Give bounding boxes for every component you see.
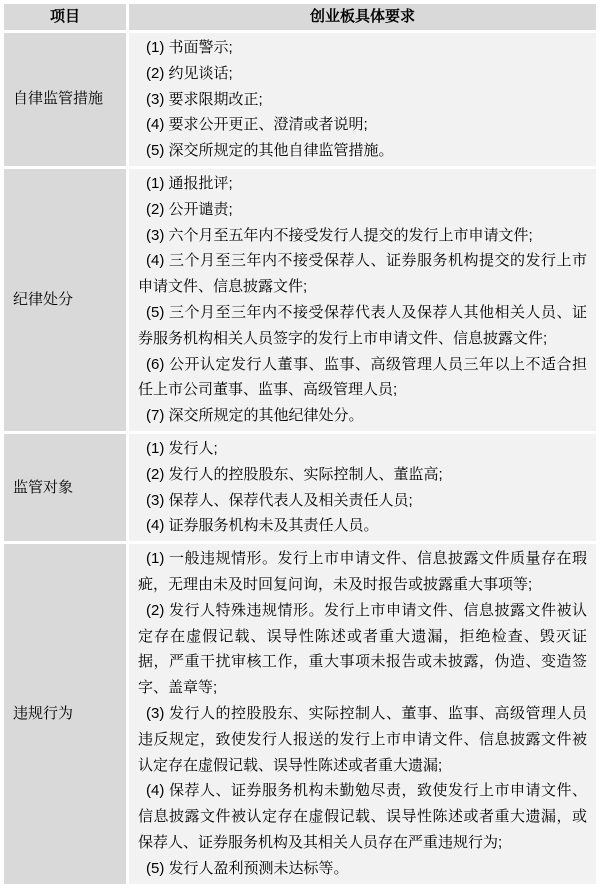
list-item: (3) 发行人的控股股东、实际控制人、董事、监事、高级管理人员违反规定，致使发行… xyxy=(138,701,587,778)
table-row-violations: 违规行为 (1) 一般违规情形。发行上市申请文件、信息披露文件质量存在瑕疵，无理… xyxy=(4,544,596,883)
row-label-disciplinary-actions: 纪律处分 xyxy=(4,169,126,431)
table-row-self-regulatory-measures: 自律监管措施 (1) 书面警示; (2) 约见谈话; (3) 要求限期改正; (… xyxy=(4,33,596,166)
row-content-disciplinary-actions: (1) 通报批评; (2) 公开谴责; (3) 六个月至五年内不接受发行人提交的… xyxy=(129,169,596,431)
list-item: (2) 发行人特殊违规情形。发行上市申请文件、信息披露文件被认定存在虚假记载、误… xyxy=(138,598,587,701)
requirements-table: 项目 创业板具体要求 自律监管措施 (1) 书面警示; (2) 约见谈话; (3… xyxy=(1,1,599,887)
list-item: (3) 六个月至五年内不接受发行人提交的发行上市申请文件; xyxy=(138,223,587,249)
list-item: (4) 保荐人、证券服务机构未勤勉尽责，致使发行上市申请文件、信息披露文件被认定… xyxy=(138,778,587,855)
row-content-violations: (1) 一般违规情形。发行上市申请文件、信息披露文件质量存在瑕疵，无理由未及时回… xyxy=(129,544,596,883)
header-cell-item: 项目 xyxy=(4,4,126,30)
table-row-disciplinary-actions: 纪律处分 (1) 通报批评; (2) 公开谴责; (3) 六个月至五年内不接受发… xyxy=(4,169,596,431)
list-item: (5) 深交所规定的其他自律监管措施。 xyxy=(138,138,587,164)
list-item: (5) 发行人盈利预测未达标等。 xyxy=(138,856,587,882)
list-item: (1) 发行人; xyxy=(138,436,587,462)
row-label-self-regulatory-measures: 自律监管措施 xyxy=(4,33,126,166)
list-item: (3) 保荐人、保荐代表人及相关责任人员; xyxy=(138,488,587,514)
list-item: (7) 深交所规定的其他纪律处分。 xyxy=(138,403,587,429)
list-item: (4) 证券服务机构未及其责任人员。 xyxy=(138,513,587,539)
row-content-self-regulatory-measures: (1) 书面警示; (2) 约见谈话; (3) 要求限期改正; (4) 要求公开… xyxy=(129,33,596,166)
list-item: (4) 三个月至三年内不接受保荐人、证券服务机构提交的发行上市申请文件、信息披露… xyxy=(138,248,587,300)
header-cell-requirements: 创业板具体要求 xyxy=(129,4,596,30)
list-item: (2) 约见谈话; xyxy=(138,61,587,87)
list-item: (1) 一般违规情形。发行上市申请文件、信息披露文件质量存在瑕疵，无理由未及时回… xyxy=(138,546,587,598)
row-label-violations: 违规行为 xyxy=(4,544,126,883)
table-header-row: 项目 创业板具体要求 xyxy=(4,4,596,30)
list-item: (2) 发行人的控股股东、实际控制人、董监高; xyxy=(138,462,587,488)
list-item: (5) 三个月至三年内不接受保荐代表人及保荐人其他相关人员、证券服务机构相关人员… xyxy=(138,300,587,352)
table-row-regulated-subjects: 监管对象 (1) 发行人; (2) 发行人的控股股东、实际控制人、董监高; (3… xyxy=(4,434,596,541)
list-item: (3) 要求限期改正; xyxy=(138,87,587,113)
row-label-regulated-subjects: 监管对象 xyxy=(4,434,126,541)
list-item: (1) 书面警示; xyxy=(138,35,587,61)
list-item: (2) 公开谴责; xyxy=(138,197,587,223)
list-item: (1) 通报批评; xyxy=(138,171,587,197)
list-item: (4) 要求公开更正、澄清或者说明; xyxy=(138,112,587,138)
list-item: (6) 公开认定发行人董事、监事、高级管理人员三年以上不适合担任上市公司董事、监… xyxy=(138,352,587,404)
row-content-regulated-subjects: (1) 发行人; (2) 发行人的控股股东、实际控制人、董监高; (3) 保荐人… xyxy=(129,434,596,541)
